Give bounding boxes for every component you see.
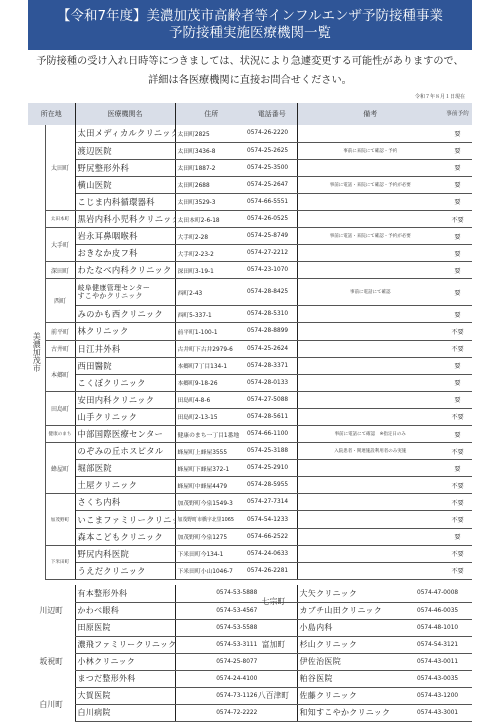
area-clinic-row: 和知すこやかクリニック0574-43-3001 — [297, 704, 472, 721]
clinic-phone: 0574-28-5611 — [247, 408, 297, 425]
table-row: 大手町岩永耳鼻咽喉科大手町2-280574-25-8749事前に電話・来院にて確… — [28, 228, 472, 245]
table-row: 森本こどもクリニック加茂野町今泉12750574-66-2522要 — [28, 528, 472, 545]
area-clinic-row: 佐藤クリニック0574-43-1200 — [297, 687, 472, 704]
clinic-notes — [297, 545, 443, 562]
clinic-address: 太田町3529-3 — [175, 193, 247, 210]
reservation-required: 不要 — [443, 562, 472, 579]
clinic-name: かわべ眼科 — [75, 602, 175, 619]
notice-text: 予防接種の受け入れ日時等につきましては、状況により急遽変更する可能性がありますの… — [28, 52, 472, 90]
table-row: おきなか皮フ科大手町2-23-20574-27-2212要 — [28, 245, 472, 262]
clinic-notes — [297, 210, 443, 227]
clinic-address: 太田町2825 — [175, 125, 247, 142]
clinic-name: 杉山クリニック — [297, 636, 397, 653]
clinic-name: まつだ整形外科 — [75, 670, 175, 687]
clinic-address: 蜂屋町中蜂屋4479 — [175, 477, 247, 494]
clinic-address: 大手町2-23-2 — [175, 245, 247, 262]
table-row: 本郷町西田醫院本郷町7丁目134-10574-28-3371要 — [28, 357, 472, 374]
area-label: 深田町 — [45, 262, 75, 279]
reservation-required: 要 — [443, 262, 472, 279]
clinic-notes: 事前に電話・来院にて確認・予約が必要 — [297, 228, 443, 245]
clinic-name: 山手クリニック — [75, 408, 175, 425]
title-banner: 【令和7年度】美濃加茂市高齢者等インフルエンザ予防接種事業 予防接種実施医療機関… — [28, 0, 472, 50]
clinic-name: 渡辺医院 — [75, 142, 175, 159]
clinic-phone: 0574-28-3371 — [247, 357, 297, 374]
clinic-phone: 0574-25-2910 — [247, 460, 297, 477]
clinic-address: 田島町2-13-15 — [175, 408, 247, 425]
area-label: 太田本町 — [45, 210, 75, 227]
reservation-required: 不要 — [443, 477, 472, 494]
clinic-phone: 0574-23-1070 — [247, 262, 297, 279]
area-label: 川辺町 — [28, 585, 75, 636]
clinic-name: 粕谷医院 — [297, 670, 397, 687]
clinic-name: 伊佐治医院 — [297, 653, 397, 670]
clinic-phone: 0574-48-1010 — [397, 619, 472, 636]
clinic-name: 黒岩内科小児科クリニック — [75, 210, 175, 227]
clinic-phone: 0574-66-2522 — [247, 528, 297, 545]
clinic-phone: 0574-27-5088 — [247, 391, 297, 408]
table-header-row: 所在地 医療機関名 住所 電話番号 備考 事前予約 — [28, 103, 472, 125]
area-label: 前平町 — [45, 323, 75, 340]
clinic-notes — [297, 391, 443, 408]
clinic-address: 深田町3-19-1 — [175, 262, 247, 279]
table-row: 古井町日江井外科古井町下古井2979-60574-25-2624不要 — [28, 340, 472, 357]
clinic-address: 西町2-43 — [175, 279, 247, 306]
clinic-notes — [297, 511, 443, 528]
clinic-notes — [297, 159, 443, 176]
clinic-notes — [297, 477, 443, 494]
reservation-required: 不要 — [443, 408, 472, 425]
clinic-address: 本郷町7丁目134-1 — [175, 357, 247, 374]
clinic-notes: 入院患者・関連施設利用者のみ実施 — [297, 443, 443, 460]
clinic-phone: 0574-47-0008 — [397, 585, 472, 602]
city-label: 美濃加茂市 — [28, 125, 45, 579]
clinic-notes — [297, 460, 443, 477]
notice-line-2: 詳細は各医療機関に直接お問合せください。 — [28, 71, 472, 90]
reservation-required: 要 — [443, 193, 472, 210]
clinic-name: のぞみの丘ホスピタル — [75, 443, 175, 460]
reservation-required: 要 — [443, 460, 472, 477]
area-label: 坂祝町 — [28, 636, 75, 687]
table-row: 健康のまち中部国際医療センター健康のまち一丁目1番地0574-66-1100事前… — [28, 426, 472, 443]
clinic-address: 加茂野町今泉1275 — [175, 528, 247, 545]
clinic-phone: 0574-28-5955 — [247, 477, 297, 494]
table-row: 深田町わたなべ内科クリニック深田町3-19-10574-23-1070要 — [28, 262, 472, 279]
area-label: 白川町 — [28, 687, 75, 721]
reservation-required: 不要 — [443, 340, 472, 357]
page-title: 【令和7年度】美濃加茂市高齢者等インフルエンザ予防接種事業 — [28, 8, 472, 25]
clinic-address: 本郷町9-18-26 — [175, 374, 247, 391]
table-row: みのかも西クリニック西町5-337-10574-28-5310要 — [28, 306, 472, 323]
area-clinic-row: 粕谷医院0574-43-0035 — [297, 670, 472, 687]
clinic-name: 横山医院 — [75, 176, 175, 193]
clinic-phone: 0574-25-2624 — [247, 340, 297, 357]
clinic-notes — [297, 408, 443, 425]
area-label: 古井町 — [45, 340, 75, 357]
table-row: 野尻整形外科太田町1887-20574-25-3500要 — [28, 159, 472, 176]
header-location: 所在地 — [28, 103, 75, 125]
clinic-name: わたなべ内科クリニック — [75, 262, 175, 279]
clinic-phone: 0574-43-3001 — [397, 704, 472, 721]
clinic-phone: 0574-26-2220 — [247, 125, 297, 142]
clinic-name: 西田醫院 — [75, 357, 175, 374]
area-clinic-row: カブチ山田クリニック0574-46-0035 — [297, 602, 472, 619]
area-label: 七宗町 — [250, 585, 297, 619]
clinic-phone: 0574-28-8899 — [247, 323, 297, 340]
clinic-name: 野尻内科医院 — [75, 545, 175, 562]
clinic-notes — [297, 125, 443, 142]
clinic-name: 大矢クリニック — [297, 585, 397, 602]
header-phone: 電話番号 — [247, 103, 297, 125]
area-clinic-row: 伊佐治医院0574-43-0011 — [297, 653, 472, 670]
header-address: 住所 — [175, 103, 247, 125]
clinic-name: 堀部医院 — [75, 460, 175, 477]
area-label: 下米田町 — [45, 545, 75, 579]
clinic-address: 加茂野町今泉1549-3 — [175, 494, 247, 511]
clinic-phone: 0574-54-3121 — [397, 636, 472, 653]
clinic-address: 蜂屋町下蜂屋372-1 — [175, 460, 247, 477]
area-label: 太田町 — [45, 125, 75, 210]
clinic-notes — [297, 528, 443, 545]
clinic-name: さくち内科 — [75, 494, 175, 511]
clinic-notes — [297, 374, 443, 391]
clinic-phone: 0574-66-5551 — [247, 193, 297, 210]
clinic-phone: 0574-25-2647 — [247, 176, 297, 193]
clinic-address: 下米田町今134-1 — [175, 545, 247, 562]
clinic-name: 土屋クリニック — [75, 477, 175, 494]
clinic-notes — [297, 562, 443, 579]
area-label: 健康のまち — [45, 426, 75, 443]
reservation-required: 不要 — [443, 323, 472, 340]
clinic-name: こじま内科循環器科 — [75, 193, 175, 210]
reservation-required: 要 — [443, 426, 472, 443]
clinic-phone: 0574-28-0133 — [247, 374, 297, 391]
area-label: 田島町 — [45, 391, 75, 425]
clinic-name: 田原医院 — [75, 619, 175, 636]
clinic-address: 太田町1887-2 — [175, 159, 247, 176]
area-clinic-row: 小島内科0574-48-1010 — [297, 619, 472, 636]
table-row: 蜂屋町のぞみの丘ホスピタル蜂屋町上蜂屋35550574-25-3188入院患者・… — [28, 443, 472, 460]
header-reservation: 事前予約 — [443, 103, 472, 125]
reservation-required: 要 — [443, 176, 472, 193]
clinic-name: みのかも西クリニック — [75, 306, 175, 323]
clinic-phone: 0574-43-1200 — [397, 687, 472, 704]
table-row: うえだクリニック下米田町小山1046-70574-26-2281不要 — [28, 562, 472, 579]
clinic-address: 古井町下古井2979-6 — [175, 340, 247, 357]
clinic-table: 所在地 医療機関名 住所 電話番号 備考 事前予約 美濃加茂市太田町太田メディカ… — [28, 103, 472, 580]
clinic-name: 太田メディカルクリニック — [75, 125, 175, 142]
reservation-required: 要 — [443, 374, 472, 391]
header-name: 医療機関名 — [75, 103, 175, 125]
clinic-phone: 0574-46-0035 — [397, 602, 472, 619]
clinic-name: おきなか皮フ科 — [75, 245, 175, 262]
clinic-phone: 0574-25-2625 — [247, 142, 297, 159]
table-row: 田島町安田内科クリニック田島町4-8-60574-27-5088要 — [28, 391, 472, 408]
clinic-phone: 0574-26-0525 — [247, 210, 297, 227]
reservation-required: 要 — [443, 306, 472, 323]
reservation-required: 要 — [443, 279, 472, 306]
reservation-required: 要 — [443, 391, 472, 408]
clinic-address: 太田本町2-6-18 — [175, 210, 247, 227]
clinic-address: 太田町2688 — [175, 176, 247, 193]
table-row: 美濃加茂市太田町太田メディカルクリニック太田町28250574-26-2220要 — [28, 125, 472, 142]
clinic-name: カブチ山田クリニック — [297, 602, 397, 619]
clinic-notes — [297, 494, 443, 511]
notice-line-1: 予防接種の受け入れ日時等につきましては、状況により急遽変更する可能性がありますの… — [28, 52, 472, 71]
clinic-notes — [297, 323, 443, 340]
clinic-name: 中部国際医療センター — [75, 426, 175, 443]
header-notes: 備考 — [297, 103, 443, 125]
area-label: 蜂屋町 — [45, 443, 75, 494]
clinic-name: こくぼクリニック — [75, 374, 175, 391]
clinic-name: 岐阜健康管理センターすこやかクリニック — [75, 279, 175, 306]
clinic-name: 白川病院 — [75, 704, 175, 721]
clinic-name: 小林クリニック — [75, 653, 175, 670]
clinic-name-line-1: 岐阜健康管理センター — [78, 284, 175, 292]
clinic-address: 前平町1-100-1 — [175, 323, 247, 340]
table-row: いこまファミリークリニック加茂野町市橋字北里10650574-54-1233不要 — [28, 511, 472, 528]
clinic-notes: 事前に電話にて確認 ※指定日のみ — [297, 426, 443, 443]
area-label: 西町 — [45, 279, 75, 323]
clinic-phone: 0574-25-3188 — [247, 443, 297, 460]
reservation-required: 要 — [443, 142, 472, 159]
reservation-required: 要 — [443, 245, 472, 262]
clinic-name: 大賀医院 — [75, 687, 175, 704]
reservation-required: 要 — [443, 159, 472, 176]
clinic-phone: 0574-27-7314 — [247, 494, 297, 511]
area-label: 大手町 — [45, 228, 75, 262]
table-row: 西町岐阜健康管理センターすこやかクリニック西町2-430574-28-8425事… — [28, 279, 472, 306]
clinic-notes — [297, 262, 443, 279]
area-label: 八百津町 — [250, 670, 297, 721]
clinic-phone: 0574-28-5310 — [247, 306, 297, 323]
other-areas-right: 大矢クリニック0574-47-0008カブチ山田クリニック0574-46-003… — [297, 585, 472, 722]
clinic-name: 野尻整形外科 — [75, 159, 175, 176]
clinic-phone: 0574-25-8749 — [247, 228, 297, 245]
clinic-phone: 0574-54-1233 — [247, 511, 297, 528]
reservation-required: 不要 — [443, 494, 472, 511]
clinic-name: 岩永耳鼻咽喉科 — [75, 228, 175, 245]
clinic-notes: 事前に電話にて確認 — [297, 279, 443, 306]
clinic-phone: 0574-43-0035 — [397, 670, 472, 687]
clinic-address: 西町5-337-1 — [175, 306, 247, 323]
reservation-required: 要 — [443, 528, 472, 545]
reservation-required: 不要 — [443, 511, 472, 528]
table-row: 堀部医院蜂屋町下蜂屋372-10574-25-2910要 — [28, 460, 472, 477]
clinic-phone: 0574-28-8425 — [247, 279, 297, 306]
clinic-address: 加茂野町市橋字北里1065 — [175, 511, 247, 528]
clinic-name: うえだクリニック — [75, 562, 175, 579]
area-label: 加茂野町 — [45, 494, 75, 545]
clinic-notes — [297, 306, 443, 323]
page-subtitle: 予防接種実施医療機関一覧 — [28, 25, 472, 42]
clinic-phone: 0574-43-0011 — [397, 653, 472, 670]
clinic-notes — [297, 340, 443, 357]
clinic-address: 健康のまち一丁目1番地 — [175, 426, 247, 443]
clinic-name: 有本整形外科 — [75, 585, 175, 602]
table-row: 加茂野町さくち内科加茂野町今泉1549-30574-27-7314不要 — [28, 494, 472, 511]
clinic-name: 佐藤クリニック — [297, 687, 397, 704]
table-row: 太田本町黒岩内科小児科クリニック太田本町2-6-180574-26-0525不要 — [28, 210, 472, 227]
area-clinic-row: 大矢クリニック0574-47-0008 — [297, 585, 472, 602]
table-row: 前平町林クリニック前平町1-100-10574-28-8899不要 — [28, 323, 472, 340]
table-row: 渡辺医院太田町3436-80574-25-2625事前に来院にて確認・予約要 — [28, 142, 472, 159]
as-of-date: 令和７年８月１日現在 — [415, 93, 465, 100]
clinic-name: いこまファミリークリニック — [75, 511, 175, 528]
reservation-required: 不要 — [443, 545, 472, 562]
area-label: 本郷町 — [45, 357, 75, 391]
clinic-name: 和知すこやかクリニック — [297, 704, 397, 721]
clinic-notes — [297, 245, 443, 262]
clinic-name: 小島内科 — [297, 619, 397, 636]
reservation-required: 不要 — [443, 443, 472, 460]
clinic-phone: 0574-26-2281 — [247, 562, 297, 579]
clinic-notes: 事前に来院にて確認・予約 — [297, 142, 443, 159]
clinic-address: 大手町2-28 — [175, 228, 247, 245]
table-row: 下米田町野尻内科医院下米田町今134-10574-24-0633不要 — [28, 545, 472, 562]
clinic-name: 日江井外科 — [75, 340, 175, 357]
table-row: こじま内科循環器科太田町3529-30574-66-5551要 — [28, 193, 472, 210]
reservation-required: 要 — [443, 357, 472, 374]
clinic-phone: 0574-25-3500 — [247, 159, 297, 176]
area-clinic-row: 杉山クリニック0574-54-3121 — [297, 636, 472, 653]
clinic-notes — [297, 193, 443, 210]
table-row: 横山医院太田町26880574-25-2647事前に電話・来院にて確認・予約が必… — [28, 176, 472, 193]
clinic-phone: 0574-27-2212 — [247, 245, 297, 262]
clinic-phone: 0574-66-1100 — [247, 426, 297, 443]
clinic-address: 下米田町小山1046-7 — [175, 562, 247, 579]
clinic-phone: 0574-24-0633 — [247, 545, 297, 562]
clinic-address: 田島町4-8-6 — [175, 391, 247, 408]
clinic-name-line-2: すこやかクリニック — [78, 292, 175, 300]
clinic-name: 森本こどもクリニック — [75, 528, 175, 545]
reservation-required: 要 — [443, 228, 472, 245]
clinic-name: 濃飛ファミリークリニック — [75, 636, 175, 653]
clinic-name: 安田内科クリニック — [75, 391, 175, 408]
clinic-name: 林クリニック — [75, 323, 175, 340]
clinic-notes — [297, 357, 443, 374]
table-row: こくぼクリニック本郷町9-18-260574-28-0133要 — [28, 374, 472, 391]
area-label: 富加町 — [250, 619, 297, 670]
clinic-address: 太田町3436-8 — [175, 142, 247, 159]
reservation-required: 不要 — [443, 210, 472, 227]
table-row: 土屋クリニック蜂屋町中蜂屋44790574-28-5955不要 — [28, 477, 472, 494]
clinic-notes: 事前に電話・来院にて確認・予約が必要 — [297, 176, 443, 193]
clinic-address: 蜂屋町上蜂屋3555 — [175, 443, 247, 460]
reservation-required: 要 — [443, 125, 472, 142]
table-row: 山手クリニック田島町2-13-150574-28-5611不要 — [28, 408, 472, 425]
